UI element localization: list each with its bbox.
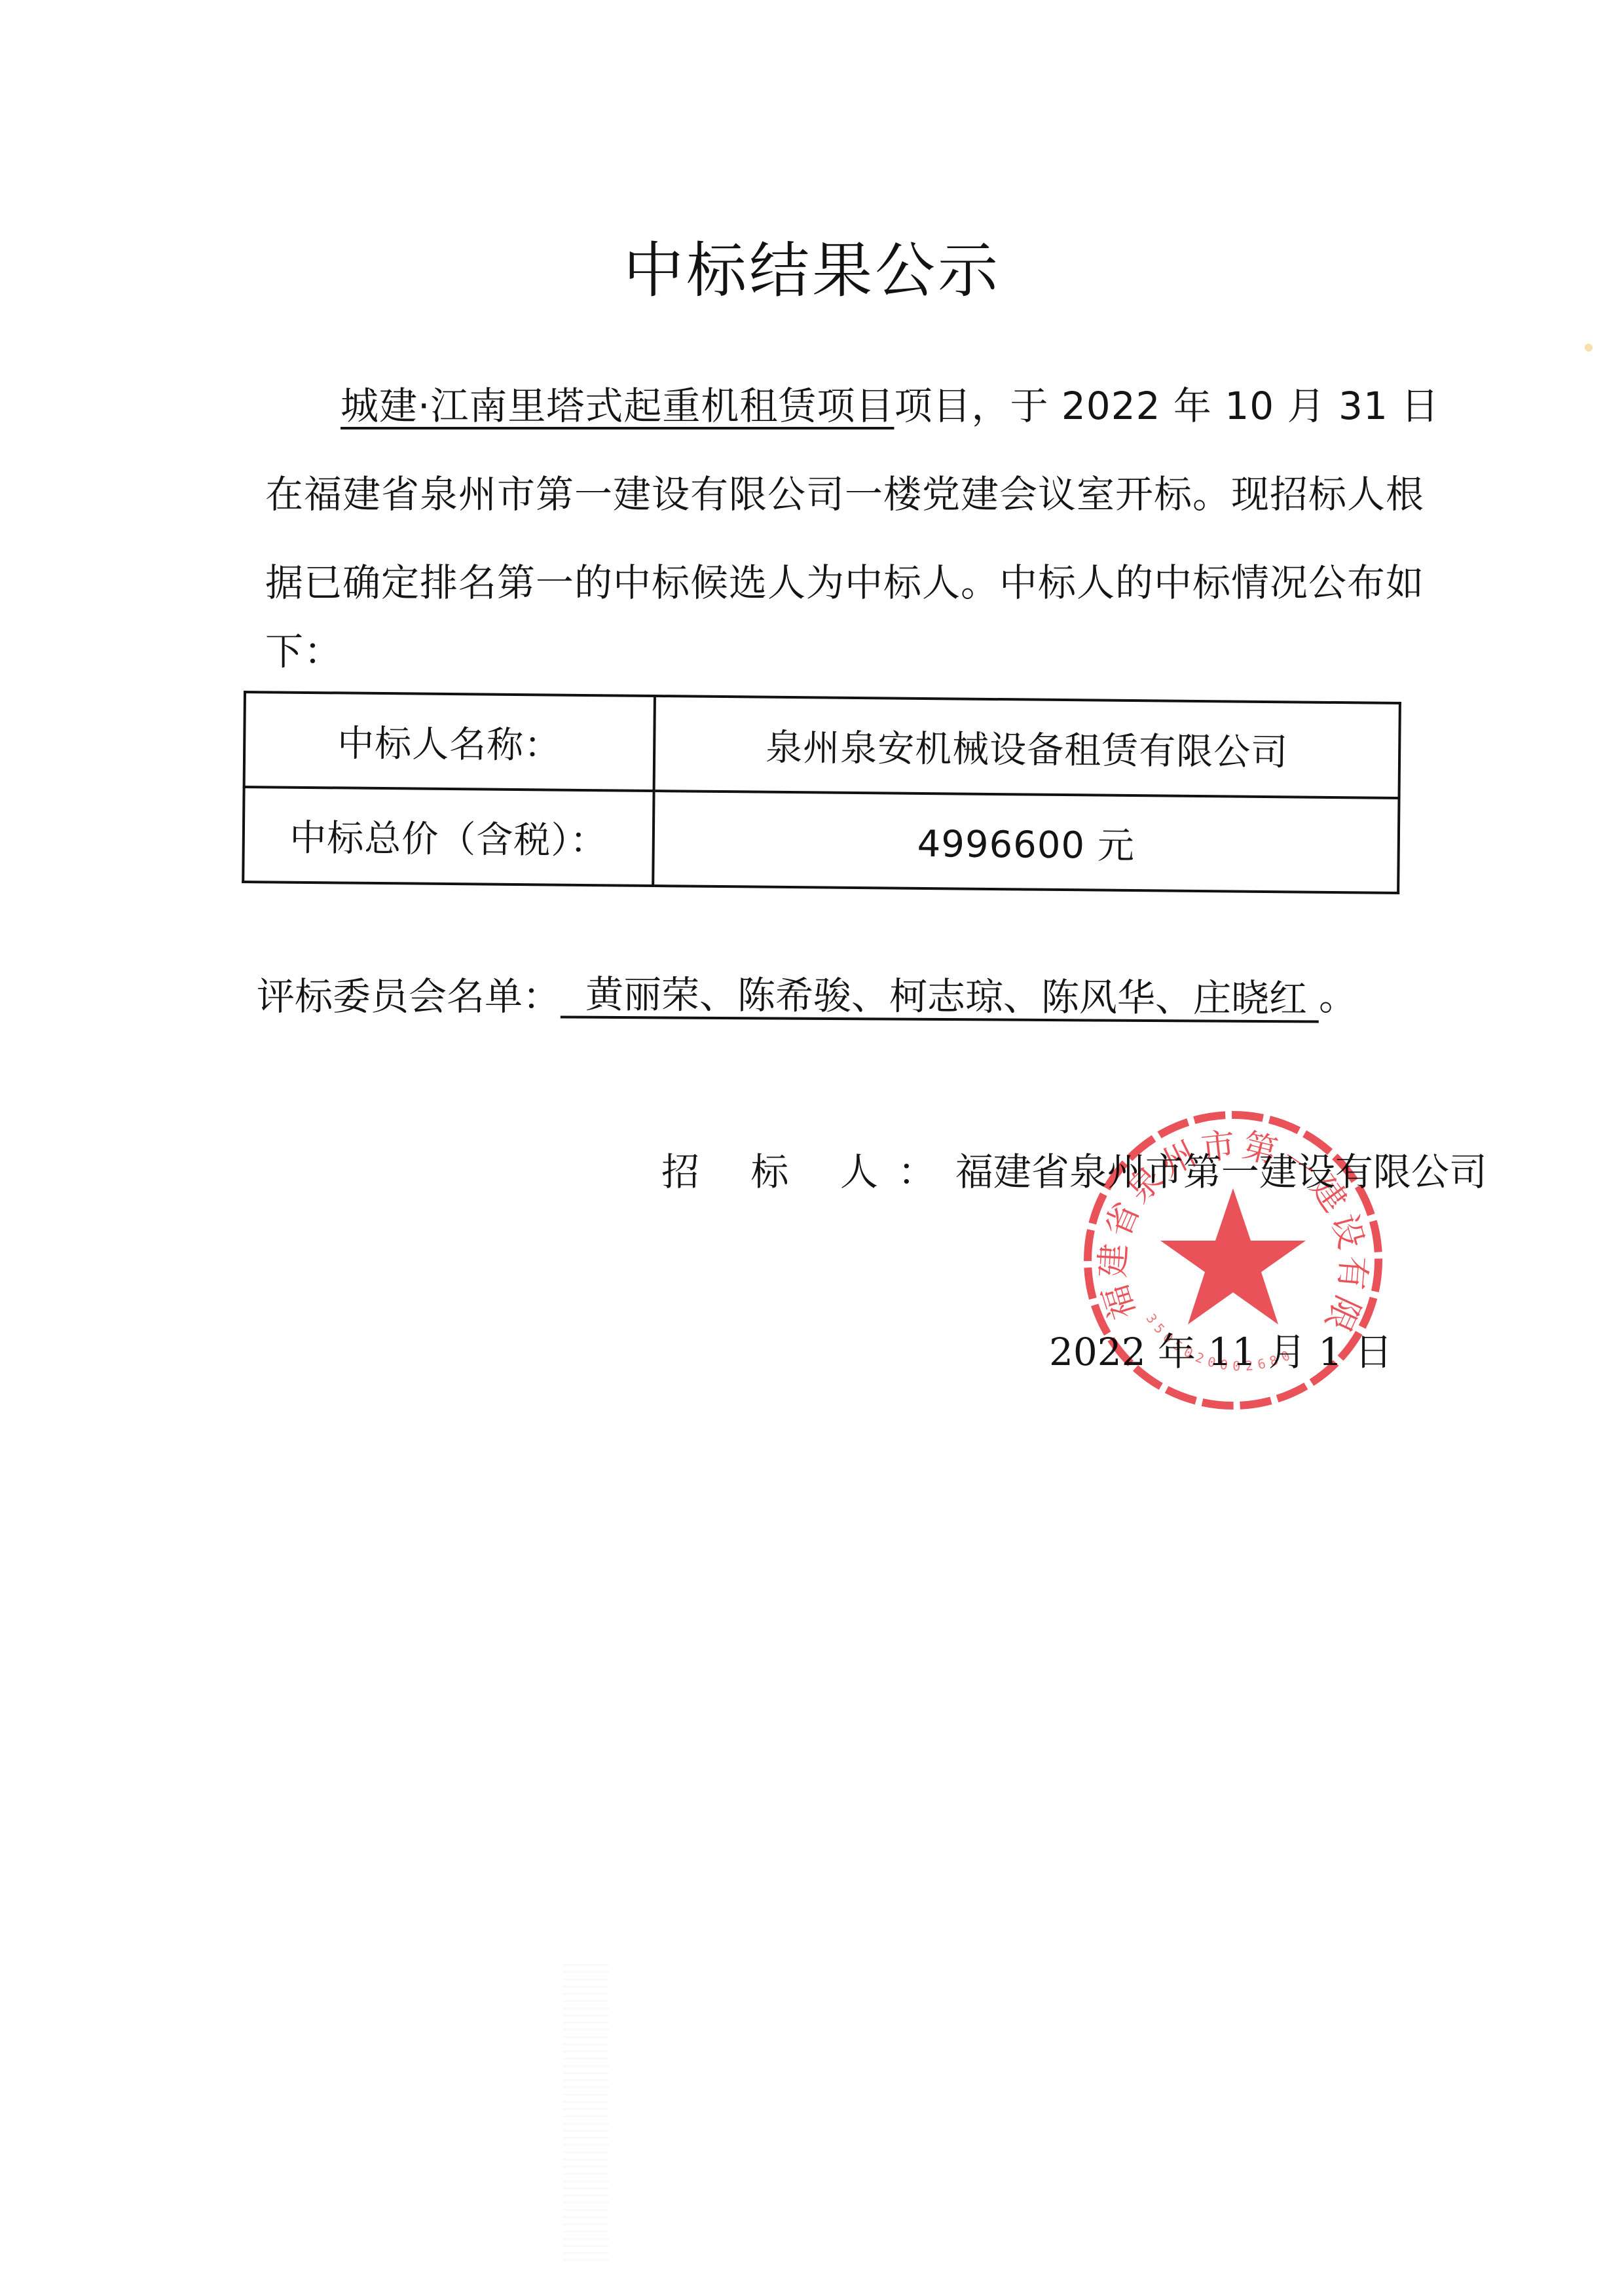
intro-line-1-rest: 项目，于 2022 年 10 月 31 日 [894,384,1439,428]
signer-label: 招 标 人： [661,1150,955,1194]
intro-line-4: 下： [265,629,342,674]
signing-date: 2022 年 11 月 1 日 [1049,1329,1393,1375]
committee-end-mark: 。 [1319,974,1357,1019]
scan-speck [1585,344,1593,352]
project-name: 城建·江南里塔式起重机租赁项目 [341,384,894,428]
award-table: 中标人名称： 泉州泉安机械设备租赁有限公司 中标总价（含税）： 4996600 … [242,691,1401,892]
committee-names: 黄丽荣、陈希骏、柯志琼、陈风华、庄晓红 [561,972,1319,1023]
total-price-label: 中标总价（含税）： [243,787,654,886]
committee-label: 评标委员会名单： [257,974,561,1019]
intro-line-1: 城建·江南里塔式起重机租赁项目项目，于 2022 年 10 月 31 日 [341,383,1439,429]
table-row: 中标总价（含税）： 4996600 元 [243,787,1399,893]
table-row: 中标人名称： 泉州泉安机械设备租赁有限公司 [244,692,1400,798]
signer-line: 招 标 人：福建省泉州市第一建设有限公司 [661,1149,1487,1195]
winner-name-value: 泉州泉安机械设备租赁有限公司 [654,696,1400,798]
intro-line-3: 据已确定排名第一的中标候选人为中标人。中标人的中标情况公布如 [265,560,1424,606]
svg-text:福建省泉州市第一建设有限公司: 福建省泉州市第一建设有限公司 [1079,1106,1373,1341]
document-page: 中标结果公示 城建·江南里塔式起重机租赁项目项目，于 2022 年 10 月 3… [0,0,1624,2296]
document-title: 中标结果公示 [0,223,1624,309]
total-price-value: 4996600 元 [653,791,1399,893]
intro-line-2: 在福建省泉州市第一建设有限公司一楼党建会议室开标。现招标人根 [265,471,1424,517]
scan-noise [563,1964,609,2265]
winner-name-label: 中标人名称： [244,692,655,791]
committee-line: 评标委员会名单：黄丽荣、陈希骏、柯志琼、陈风华、庄晓红。 [257,974,1357,1021]
signer-name: 福建省泉州市第一建设有限公司 [955,1150,1487,1194]
